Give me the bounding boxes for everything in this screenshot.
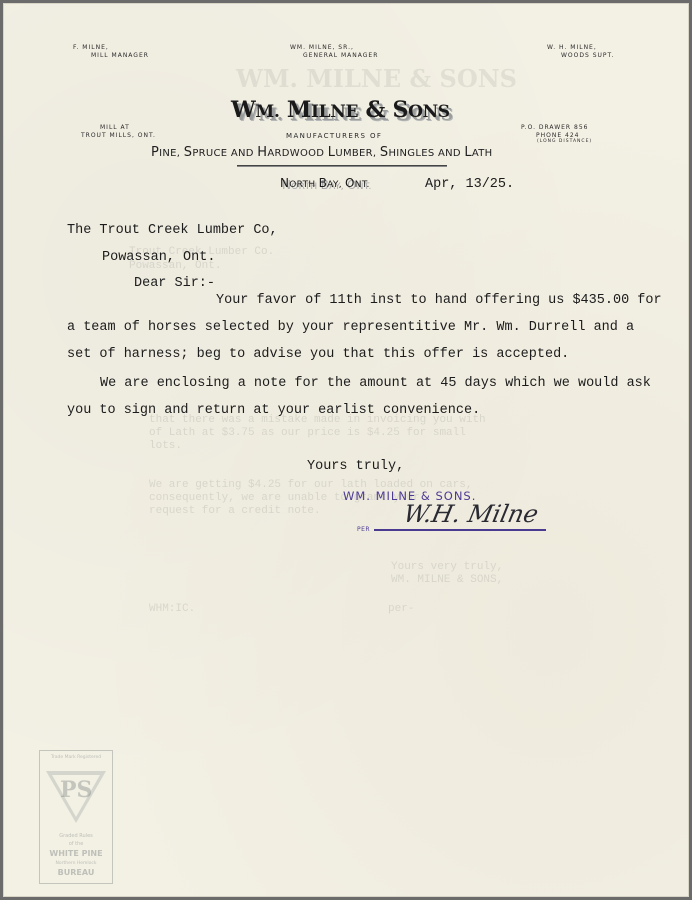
recipient-name: The Trout Creek Lumber Co, <box>67 223 278 238</box>
products-line: PINE, SPRUCE AND HARDWOOD LUMBER, SHINGL… <box>151 145 493 160</box>
body-line: set of harness; beg to advise you that t… <box>67 347 569 362</box>
company-name: WM. MILNE & SONS <box>231 97 450 123</box>
closing: Yours truly, <box>307 459 404 474</box>
officer-name: WM. MILNE, SR., <box>290 44 354 51</box>
bureau-trademark: Trade Mark Registered <box>40 755 112 760</box>
bleed-through-line: WHM:IC. <box>149 603 195 615</box>
phone-note: (LONG DISTANCE) <box>537 139 592 144</box>
bleed-through-line: of Lath at $3.75 as our price is $4.25 f… <box>149 427 466 439</box>
bureau-mark: Trade Mark Registered PS Graded Rules of… <box>39 750 113 884</box>
letter-page: WM. MILNE & SONS Trout Creek Lumber Co. … <box>3 3 689 897</box>
phone: PHONE 424 <box>536 132 580 139</box>
bleed-through-line: lots. <box>149 440 182 452</box>
body-line: a team of horses selected by your repres… <box>67 320 634 335</box>
salutation: Dear Sir:- <box>134 276 215 291</box>
officer-title: WOODS SUPT. <box>561 52 614 59</box>
letterhead-location: NORTH BAY, ONT. <box>280 176 370 190</box>
stamp-per-label: PER <box>357 526 370 533</box>
bleed-through-heading: WM. MILNE & SONS <box>236 64 517 93</box>
mill-location: TROUT MILLS, ONT. <box>81 132 156 139</box>
body-line: We are enclosing a note for the amount a… <box>100 376 651 391</box>
mill-label: MILL AT <box>100 124 130 131</box>
officer-title: GENERAL MANAGER <box>303 52 378 59</box>
body-line: Your favor of 11th inst to hand offering… <box>216 293 662 308</box>
bleed-through-line: request for a credit note. <box>149 505 321 517</box>
officer-name: W. H. MILNE, <box>547 44 597 51</box>
manufacturers-of: MANUFACTURERS OF <box>286 132 382 140</box>
bleed-through-line: WM. MILNE & SONS, <box>391 574 503 586</box>
signature-line <box>374 529 546 531</box>
letter-date: Apr, 13/25. <box>425 177 514 192</box>
officer-title: MILL MANAGER <box>91 52 149 59</box>
ornamental-rule <box>237 165 447 167</box>
signature: W.H. Milne <box>401 500 541 528</box>
bleed-through-line: Yours very truly, <box>391 561 503 573</box>
bureau-logo: PS <box>60 777 92 803</box>
body-line: you to sign and return at your earlist c… <box>67 403 480 418</box>
po-drawer: P.O. DRAWER 856 <box>521 124 588 131</box>
bleed-through-line: per- <box>388 603 414 615</box>
officer-name: F. MILNE, <box>73 44 109 51</box>
recipient-address: Powassan, Ont. <box>102 250 215 265</box>
